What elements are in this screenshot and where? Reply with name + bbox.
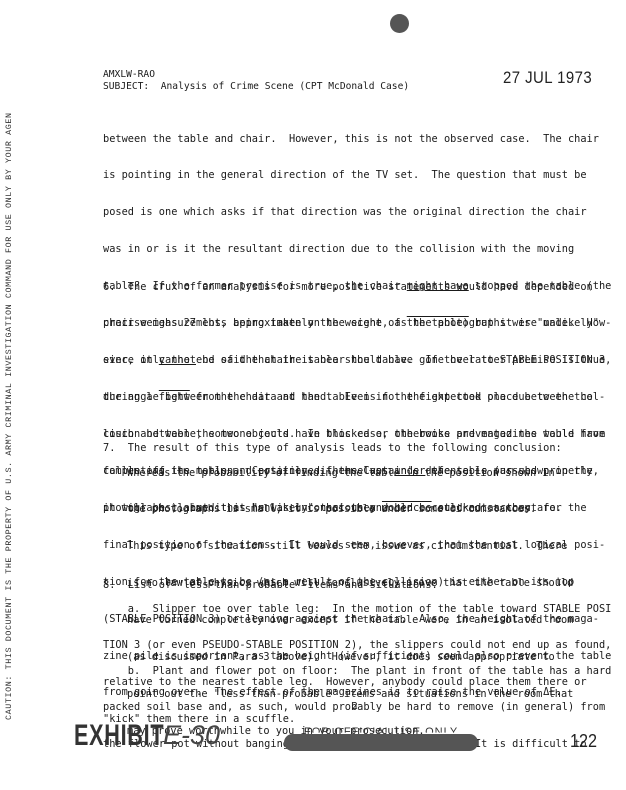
subject-line: SUBJECT: Analysis of Crime Scene (CPT Mc… — [103, 81, 409, 93]
text-line: ever, it cannot be said that the table s… — [103, 354, 603, 366]
text-line: between the table and chair. However, th… — [103, 133, 603, 145]
caution-margin-text: CAUTION: THIS DOCUMENT IS THE PROPERTY O… — [4, 20, 24, 720]
punch-hole-mark — [390, 14, 409, 33]
text-line: precise measurements being taken on the … — [103, 317, 603, 329]
exhibit-number-handwritten: E-30 — [163, 720, 220, 751]
text-line: Whereas the probability of finding the t… — [127, 467, 626, 479]
text-line: was in or is it the resultant direction … — [103, 243, 603, 255]
text-line: b. Plant and flower pot on floor: The pl… — [103, 665, 603, 677]
text-line: a. Slipper toe over table leg: In the mo… — [103, 603, 603, 615]
routing-symbol: AMXLW-RAO — [103, 69, 155, 81]
text-line: is pointing in the general direction of … — [103, 169, 603, 181]
date-stamp: 27 JUL 1973 — [503, 68, 592, 88]
text-line: the photographs is small, it is possible… — [127, 503, 626, 515]
text-line: posed is one which asks if that directio… — [103, 206, 603, 218]
exhibit-stamp: EXHIBIT — [74, 719, 164, 753]
text-line: This type of situation still leaves the … — [127, 540, 626, 552]
text-line: 6. The crux of an analysis for more posi… — [103, 281, 603, 293]
text-line: during a fight from the data at hand. Ev… — [103, 391, 603, 403]
page-number: 2 — [352, 701, 358, 712]
redaction-bar — [284, 734, 478, 751]
bates-number: 122 — [570, 731, 597, 752]
